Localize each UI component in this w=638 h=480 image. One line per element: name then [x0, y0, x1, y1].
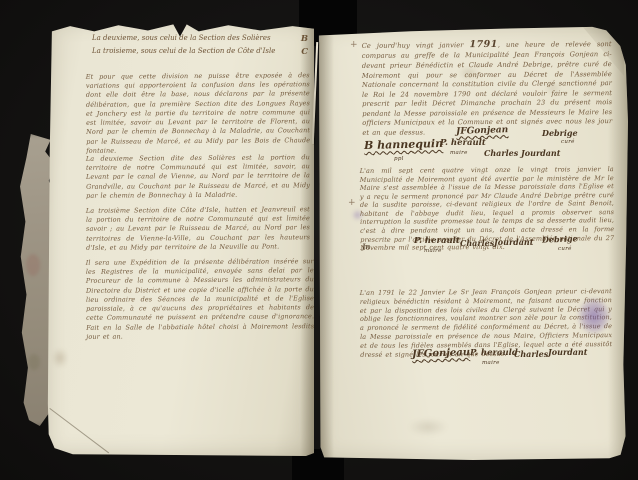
signature-jourdant: Jourdant: [494, 237, 533, 247]
signature-herault-title: maire: [482, 360, 500, 366]
corner-crease: [49, 408, 109, 453]
remnant-stain: [26, 254, 40, 276]
signature-debrige-title: curé: [558, 246, 572, 252]
remnant-stain: [28, 354, 40, 370]
margin-cross-icon: +: [350, 40, 358, 50]
signature-gonjeau: JFGonjeau: [412, 347, 470, 360]
header-row: La troisieme, sous celui de la Section d…: [92, 47, 308, 57]
margin-paraph: Jn: [362, 242, 370, 251]
section-letter: B: [297, 34, 308, 44]
signature-jourdant: Jourdant: [548, 347, 587, 357]
signature-charles: Charles,: [460, 238, 497, 248]
signature-gonjean: JFGonjean: [456, 125, 509, 137]
right-page: + Ce jourd'huy vingt janvier 1791, une h…: [318, 26, 628, 460]
paper-stain: [52, 348, 68, 368]
signature-herault-title: maire: [450, 150, 468, 156]
entry1-lead: Ce jourd'huy vingt janvier: [362, 41, 470, 50]
margin-cross-icon: +: [348, 198, 356, 208]
entry1-rest: , une heure de relevée sont comparus au …: [362, 40, 613, 136]
left-page: La deuxieme, sous celui de la Section de…: [46, 20, 314, 456]
signature-hannequin-title: ppl: [394, 156, 404, 162]
paragraph-third-section: La troisième Section dite Côte d'Isle, h…: [86, 205, 310, 253]
signature-debrige: Debrige: [542, 128, 578, 138]
paragraph-expedition: Il sera une Expédition de la présente dé…: [86, 257, 315, 342]
signature-herault: P. herault: [440, 138, 486, 148]
signature-herault: P. herault: [414, 236, 460, 246]
signature-herault-title: maire: [424, 248, 442, 254]
signature-hannequin: B hannequin: [364, 137, 443, 152]
header-text: La deuxieme, sous celui de la Section de…: [92, 34, 271, 44]
scanned-manuscript-spread: La deuxieme, sous celui de la Section de…: [0, 0, 638, 480]
section-header-lines: La deuxieme, sous celui de la Section de…: [92, 34, 308, 57]
header-row: La deuxieme, sous celui de la Section de…: [92, 34, 308, 44]
signature-debrige: Debrige: [542, 233, 578, 244]
signature-charles: Charles: [514, 349, 548, 359]
paper-stain: [408, 418, 448, 436]
signature-debrige-title: curé: [561, 139, 575, 145]
entry-1791-01-20: Ce jourd'huy vingt janvier 1791, une heu…: [362, 37, 613, 138]
signature-herault: P. herauld: [470, 348, 518, 358]
paragraph-division: Et pour que cette division ne puisse êtr…: [86, 71, 311, 156]
entry1-date: 1791: [469, 39, 498, 50]
section-letter: C: [297, 47, 308, 57]
paragraph-second-section: La deuxieme Section dite des Solières es…: [86, 153, 310, 201]
signature-charles-jourdant: Charles Jourdant: [484, 148, 560, 158]
header-text: La troisieme, sous celui de la Section d…: [92, 47, 275, 57]
